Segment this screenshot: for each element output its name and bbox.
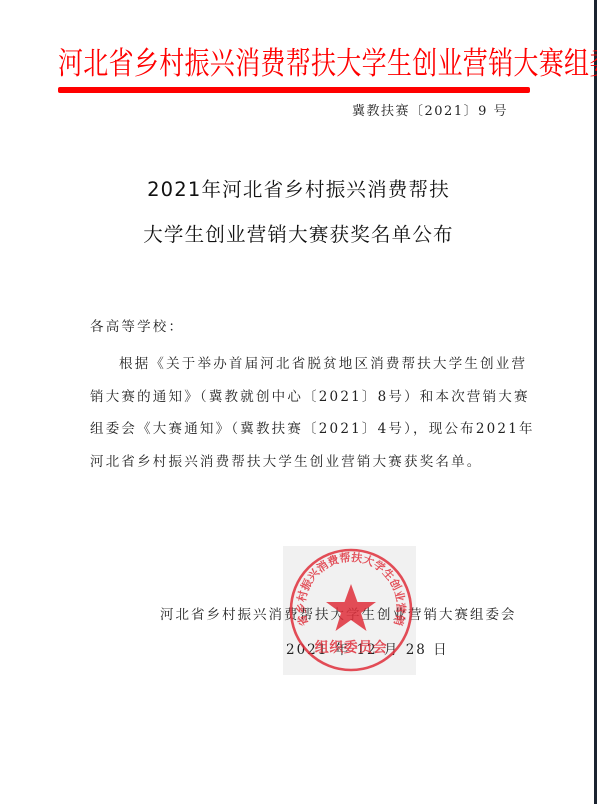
stamp-bottom-text: 组织委员会 xyxy=(315,639,388,656)
body-line: 河北省乡村振兴消费帮扶大学生创业营销大赛获奖名单。 xyxy=(90,450,483,470)
official-seal-icon: 河北省乡村振兴消费帮扶大学生创业营销大赛 组织委员会 xyxy=(287,546,415,674)
body-line: 组委会《大赛通知》（冀教扶赛〔2021〕4号），现公布2021年 xyxy=(90,417,535,437)
body-line: 根据《关于举办首届河北省脱贫地区消费帮扶大学生创业营 xyxy=(119,352,527,372)
red-divider-line xyxy=(58,87,530,93)
salutation: 各高等学校： xyxy=(90,315,184,335)
document-title-line-2: 大学生创业营销大赛获奖名单公布 xyxy=(0,219,597,247)
document-title-line-1: 2021年河北省乡村振兴消费帮扶 xyxy=(0,174,597,202)
document-number: 冀教扶赛〔2021〕9 号 xyxy=(352,100,508,119)
body-line: 销大赛的通知》（冀教就创中心〔2021〕8号）和本次营销大赛 xyxy=(90,385,530,405)
org-red-header: 河北省乡村振兴消费帮扶大学生创业营销大赛组委会 xyxy=(58,39,534,89)
